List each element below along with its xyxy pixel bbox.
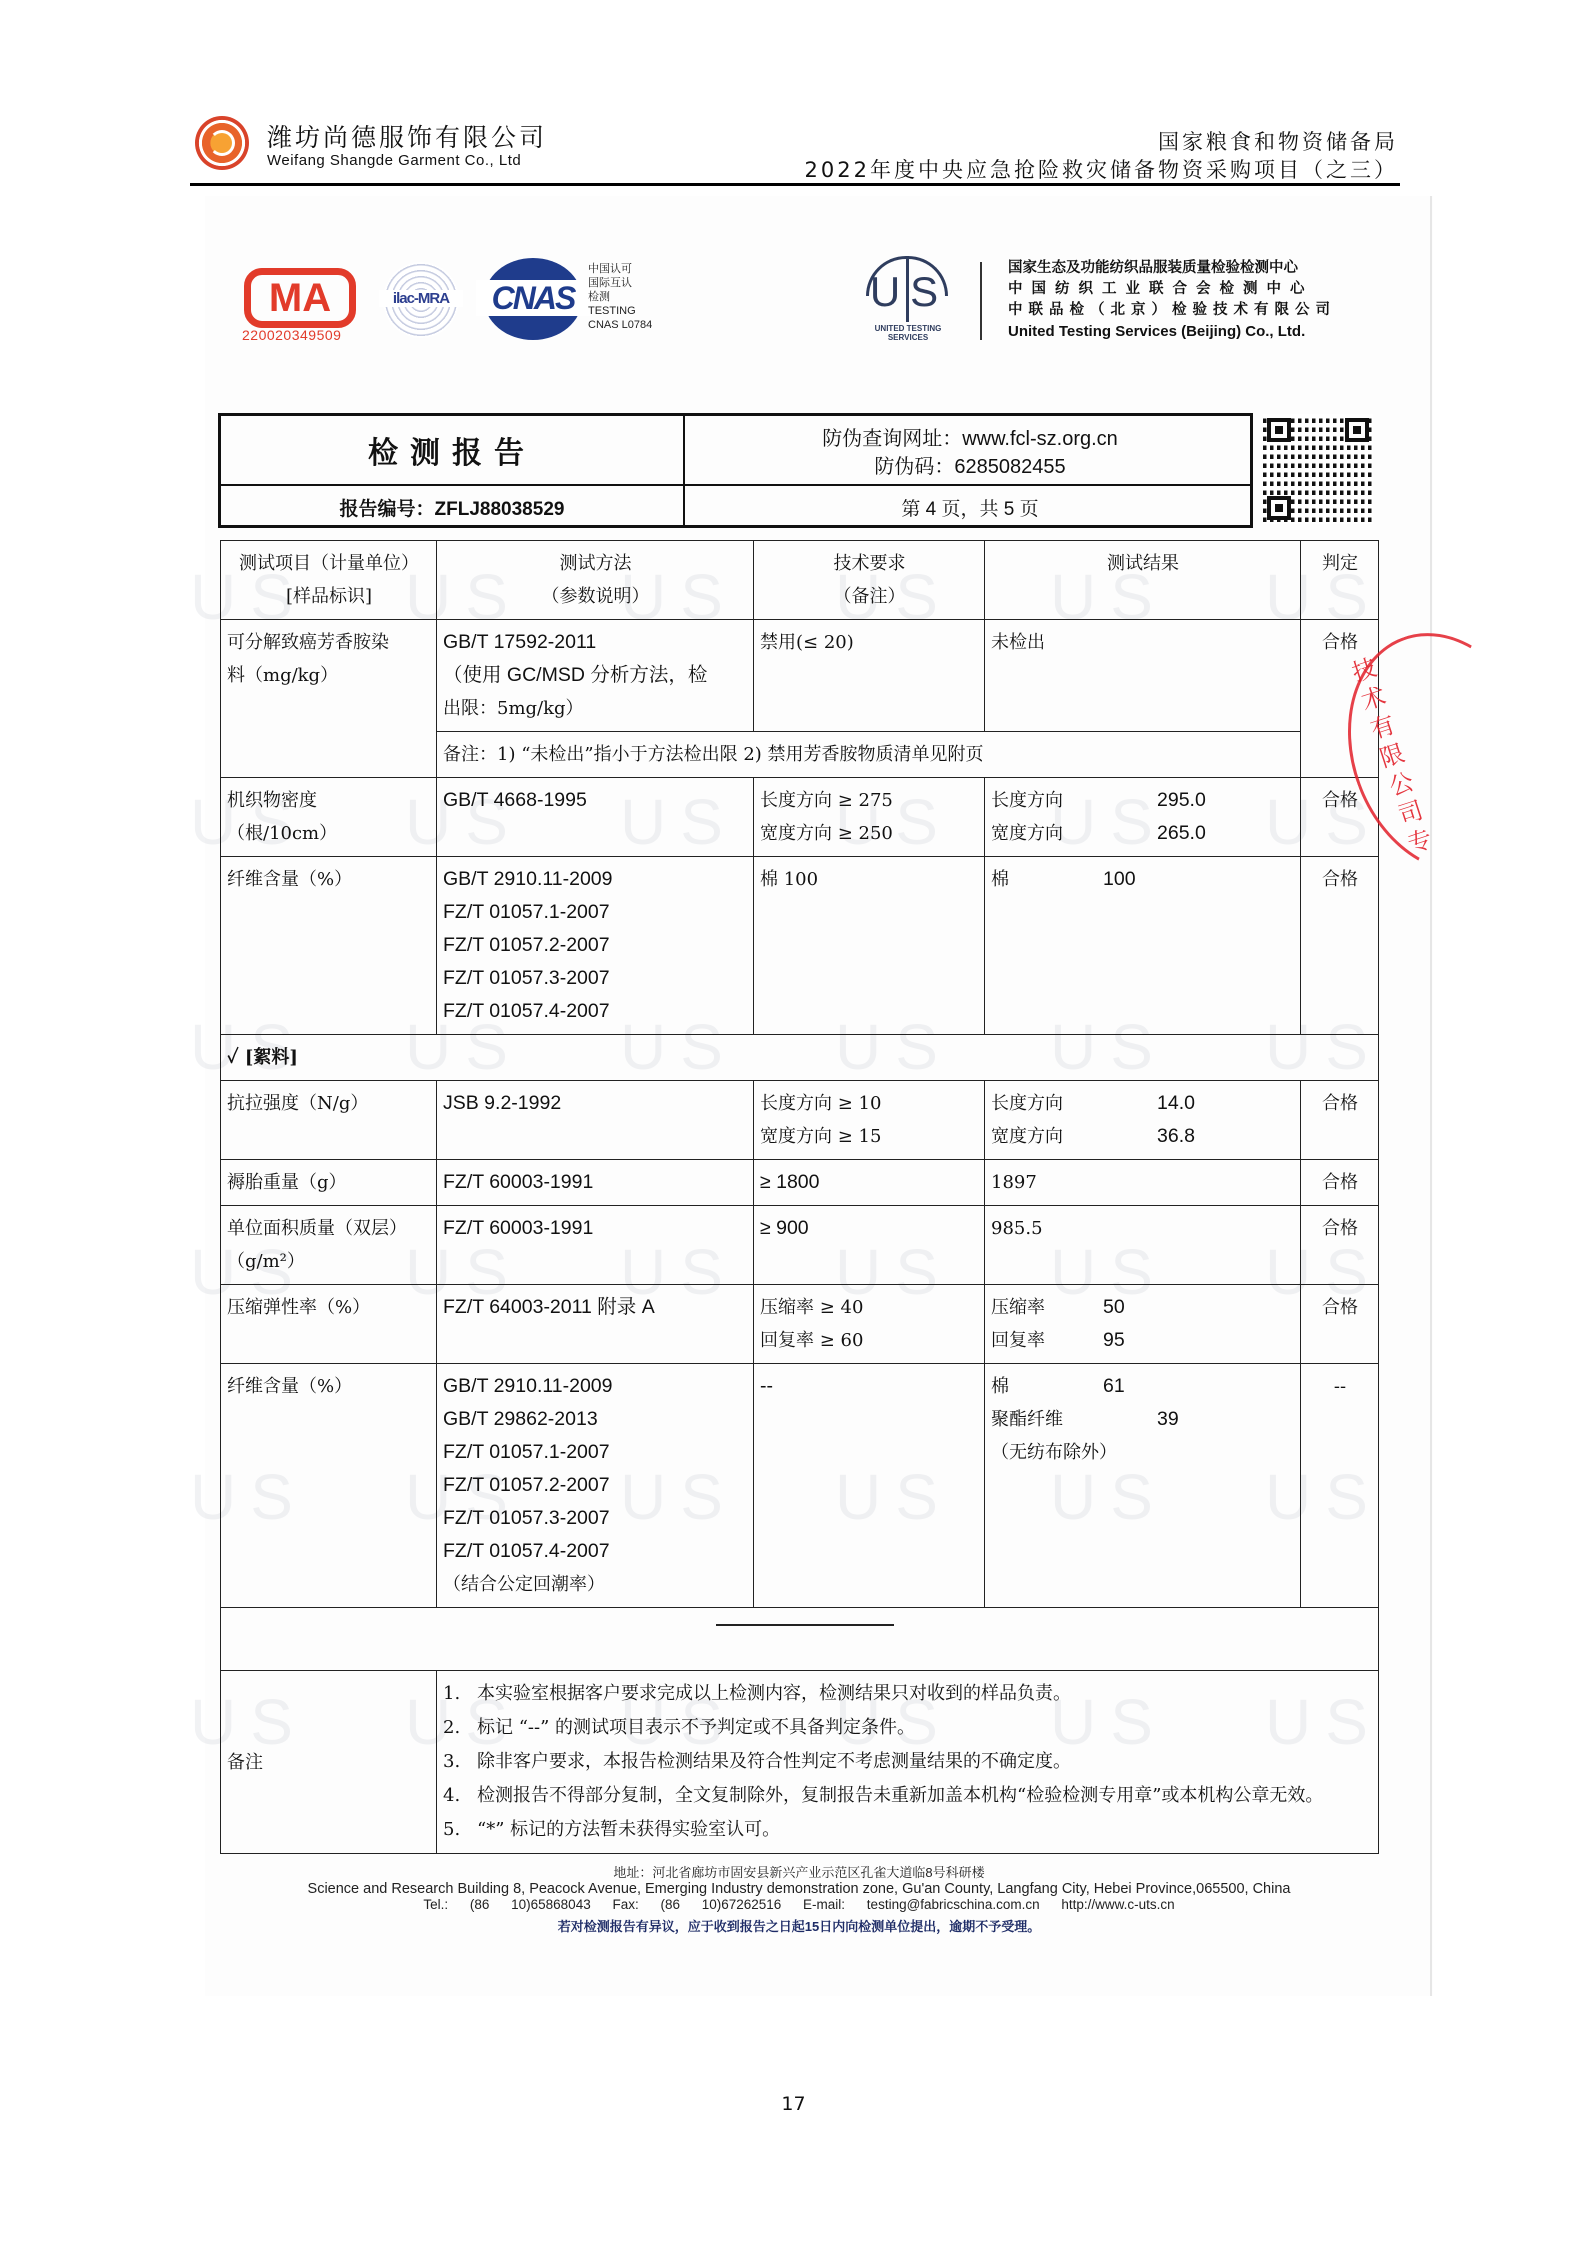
table-row: 单位面积质量（双层）（g/m²）FZ/T 60003-1991≥ 900985.…	[221, 1206, 1379, 1285]
cell-requirement: ≥ 1800	[754, 1160, 985, 1206]
result-value: 265.0	[1157, 817, 1206, 850]
table-row: 可分解致癌芳香胺染料（mg/kg）GB/T 17592-2011（使用 GC/M…	[221, 620, 1379, 732]
cell-method: FZ/T 60003-1991	[437, 1160, 754, 1206]
table-row: 纤维含量（%）GB/T 2910.11-2009GB/T 29862-2013F…	[221, 1364, 1379, 1608]
note-number: 4.	[443, 1779, 477, 1813]
cell-verdict: --	[1301, 1364, 1379, 1608]
cell-method: GB/T 17592-2011（使用 GC/MSD 分析方法，检出限：5mg/k…	[437, 620, 754, 732]
result-key: 棉	[991, 863, 1103, 896]
header-requirement: 技术要求（备注）	[754, 541, 985, 620]
cell-item: 单位面积质量（双层）（g/m²）	[221, 1206, 437, 1285]
cell-method: GB/T 2910.11-2009FZ/T 01057.1-2007FZ/T 0…	[437, 857, 754, 1035]
method-line: FZ/T 01057.2-2007	[443, 929, 748, 962]
method-line: FZ/T 01057.4-2007	[443, 1535, 748, 1568]
item-line: （根/10cm）	[227, 817, 431, 850]
lab-name-line-4: United Testing Services (Beijing) Co., L…	[1008, 321, 1336, 342]
note-number: 1.	[443, 1677, 477, 1711]
method-line: （结合公定回潮率）	[443, 1568, 748, 1601]
item-line: 纤维含量（%）	[227, 1370, 431, 1403]
cell-result: 棉100	[985, 857, 1301, 1035]
cnas-accreditation-text: 中国认可 国际互认 检测 TESTING CNAS L0784	[588, 262, 652, 332]
result-value: 39	[1157, 1403, 1179, 1436]
report-title: 检测报告	[221, 428, 683, 472]
header-item: 测试项目（计量单位）[样品标识]	[221, 541, 437, 620]
cell-requirement: 棉 100	[754, 857, 985, 1035]
cma-number: 220020349509	[242, 327, 341, 343]
method-line: FZ/T 01057.4-2007	[443, 995, 748, 1028]
item-line: 压缩弹性率（%）	[227, 1291, 431, 1324]
requirement-line: 长度方向 ≥ 275	[760, 784, 979, 817]
verification-code: 防伪码：6285082455	[685, 450, 1255, 479]
notes-label: 备注	[221, 1671, 437, 1854]
method-line: GB/T 17592-2011	[443, 626, 748, 659]
cell-requirement: ≥ 900	[754, 1206, 985, 1285]
result-value: 95	[1103, 1324, 1125, 1357]
company-header: 潍坊尚德服饰有限公司 Weifang Shangde Garment Co., …	[195, 112, 1398, 182]
cell-method: FZ/T 60003-1991	[437, 1206, 754, 1285]
cell-result: 压缩率50回复率95	[985, 1285, 1301, 1364]
result-pair: 长度方向295.0	[991, 784, 1295, 817]
result-pair: 压缩率50	[991, 1291, 1295, 1324]
table-row: 机织物密度（根/10cm）GB/T 4668-1995长度方向 ≥ 275宽度方…	[221, 778, 1379, 857]
header-verdict: 判定	[1301, 541, 1379, 620]
result-key: 1897	[991, 1166, 1157, 1199]
cell-result: 长度方向14.0宽度方向36.8	[985, 1081, 1301, 1160]
header-method: 测试方法（参数说明）	[437, 541, 754, 620]
page-indicator: 第 4 页，共 5 页	[685, 494, 1255, 521]
section-label: ✓ [絮料]	[221, 1035, 1379, 1081]
cell-result: 未检出	[985, 620, 1301, 732]
header-result: 测试结果	[985, 541, 1301, 620]
item-line: 料（mg/kg）	[227, 659, 431, 692]
item-line: 单位面积质量（双层）	[227, 1212, 431, 1245]
lab-name-line-1: 国家生态及功能纺织品服装质量检验检测中心	[1008, 258, 1336, 279]
cell-item: 压缩弹性率（%）	[221, 1285, 437, 1364]
requirement-line: 压缩率 ≥ 40	[760, 1291, 979, 1324]
requirement-line: 宽度方向 ≥ 250	[760, 817, 979, 850]
ilac-mra-logo-icon: ilac-MRA	[383, 262, 459, 338]
end-of-table-line	[716, 1624, 894, 1626]
method-line: JSB 9.2-1992	[443, 1087, 748, 1120]
result-value: 14.0	[1157, 1087, 1195, 1120]
blank-row	[221, 1608, 1379, 1671]
item-line: 纤维含量（%）	[227, 863, 431, 896]
result-key: 压缩率	[991, 1291, 1103, 1324]
result-text: 未检出	[991, 626, 1295, 659]
result-pair: 聚酯纤维39	[991, 1403, 1295, 1436]
requirement-line: 回复率 ≥ 60	[760, 1324, 979, 1357]
blank-cell	[221, 1608, 1379, 1671]
notes-row: 备注1.本实验室根据客户要求完成以上检测内容，检测结果只对收到的样品负责。2.标…	[221, 1671, 1379, 1854]
method-line: FZ/T 60003-1991	[443, 1166, 748, 1199]
qr-code-icon	[1263, 414, 1373, 524]
cell-item: 抗拉强度（N/g）	[221, 1081, 437, 1160]
result-key: 棉	[991, 1370, 1103, 1403]
result-pair: 回复率95	[991, 1324, 1295, 1357]
cell-method: GB/T 2910.11-2009GB/T 29862-2013FZ/T 010…	[437, 1364, 754, 1608]
result-key: 宽度方向	[991, 817, 1157, 850]
result-pair: 宽度方向265.0	[991, 817, 1295, 850]
lab-name: 国家生态及功能纺织品服装质量检验检测中心 中国纺织工业联合会检测中心 中联品检（…	[1008, 258, 1336, 342]
cell-item: 褥胎重量（g）	[221, 1160, 437, 1206]
method-line: FZ/T 01057.3-2007	[443, 962, 748, 995]
note-number: 5.	[443, 1813, 477, 1847]
cell-result: 985.5	[985, 1206, 1301, 1285]
report-number: 报告编号：ZFLJ88038529	[221, 494, 683, 521]
method-line: 出限：5mg/kg）	[443, 692, 748, 725]
cell-verdict: 合格	[1301, 1081, 1379, 1160]
result-key: 985.5	[991, 1212, 1157, 1245]
page-number: 17	[0, 2093, 1587, 2115]
note-number: 3.	[443, 1745, 477, 1779]
requirement-line: --	[760, 1370, 979, 1403]
method-line: FZ/T 64003-2011 附录 A	[443, 1291, 748, 1324]
shangde-logo-icon	[195, 116, 249, 170]
method-line: （使用 GC/MSD 分析方法，检	[443, 659, 748, 692]
cell-verdict: 合格	[1301, 1206, 1379, 1285]
cell-result: 长度方向295.0宽度方向265.0	[985, 778, 1301, 857]
cell-item: 可分解致癌芳香胺染料（mg/kg）	[221, 620, 437, 778]
cell-method: JSB 9.2-1992	[437, 1081, 754, 1160]
scan-edge	[1430, 196, 1432, 1996]
table-row: 纤维含量（%）GB/T 2910.11-2009FZ/T 01057.1-200…	[221, 857, 1379, 1035]
note-item: 4.检测报告不得部分复制，全文复制除外，复制报告未重新加盖本机构“检验检测专用章…	[443, 1779, 1373, 1813]
result-value: 36.8	[1157, 1120, 1195, 1153]
cell-requirement: 长度方向 ≥ 10宽度方向 ≥ 15	[754, 1081, 985, 1160]
cell-verdict: 合格	[1301, 857, 1379, 1035]
method-line: GB/T 29862-2013	[443, 1403, 748, 1436]
company-name-en: Weifang Shangde Garment Co., Ltd	[267, 152, 521, 169]
result-key: （无纺布除外）	[991, 1436, 1157, 1469]
cell-verdict: 合格	[1301, 1285, 1379, 1364]
note-number: 2.	[443, 1711, 477, 1745]
result-value: 100	[1103, 863, 1136, 896]
method-line: FZ/T 01057.1-2007	[443, 896, 748, 929]
note-item: 3.除非客户要求，本报告检测结果及符合性判定不考虑测量结果的不确定度。	[443, 1745, 1373, 1779]
lab-name-line-3: 中联品检（北京）检验技术有限公司	[1008, 300, 1336, 321]
result-pair: 棉61	[991, 1370, 1295, 1403]
item-line: 褥胎重量（g）	[227, 1166, 431, 1199]
cell-item: 纤维含量（%）	[221, 857, 437, 1035]
item-line: 机织物密度	[227, 784, 431, 817]
company-name-cn: 潍坊尚德服饰有限公司	[267, 118, 547, 154]
cell-result: 1897	[985, 1160, 1301, 1206]
result-value: 50	[1103, 1291, 1125, 1324]
table-row: 抗拉强度（N/g）JSB 9.2-1992长度方向 ≥ 10宽度方向 ≥ 15长…	[221, 1081, 1379, 1160]
cma-logo-icon: MA	[244, 268, 356, 328]
lab-name-line-2: 中国纺织工业联合会检测中心	[1008, 279, 1336, 300]
cell-requirement: 压缩率 ≥ 40回复率 ≥ 60	[754, 1285, 985, 1364]
result-value: 61	[1103, 1370, 1125, 1403]
method-line: FZ/T 01057.2-2007	[443, 1469, 748, 1502]
method-line: GB/T 4668-1995	[443, 784, 748, 817]
results-table: 测试项目（计量单位）[样品标识] 测试方法（参数说明） 技术要求（备注） 测试结…	[220, 540, 1379, 1854]
dispute-notice: 若对检测报告有异议，应于收到报告之日起15日内向检测单位提出，逾期不予受理。	[220, 1916, 1378, 1935]
uts-logo-icon: US UNITED TESTING SERVICES	[860, 250, 956, 350]
table-row: 褥胎重量（g）FZ/T 60003-1991≥ 18001897合格	[221, 1160, 1379, 1206]
table-row: 压缩弹性率（%）FZ/T 64003-2011 附录 A压缩率 ≥ 40回复率 …	[221, 1285, 1379, 1364]
address-en: Science and Research Building 8, Peacock…	[220, 1881, 1378, 1897]
cell-note: 备注：1) “未检出”指小于方法检出限 2) 禁用芳香胺物质清单见附页	[437, 732, 1301, 778]
method-line: FZ/T 60003-1991	[443, 1212, 748, 1245]
requirement-line: ≥ 900	[760, 1212, 979, 1245]
requirement-line: 棉 100	[760, 863, 979, 896]
method-line: GB/T 2910.11-2009	[443, 863, 748, 896]
result-value: 295.0	[1157, 784, 1206, 817]
verification-url: 防伪查询网址：www.fcl-sz.org.cn	[685, 422, 1255, 451]
cell-method: GB/T 4668-1995	[437, 778, 754, 857]
result-key: 聚酯纤维	[991, 1403, 1157, 1436]
method-line: FZ/T 01057.1-2007	[443, 1436, 748, 1469]
result-pair: 985.5	[991, 1212, 1295, 1245]
contact-info: Tel.: (86 10)65868043 Fax: (86 10)672625…	[220, 1897, 1378, 1912]
note-item: 5.“*” 标记的方法暂未获得实验室认可。	[443, 1813, 1373, 1847]
header-divider	[190, 183, 1400, 186]
lab-footer: 地址：河北省廊坊市固安县新兴产业示范区孔雀大道临8号科研楼 Science an…	[220, 1862, 1378, 1935]
item-line: 抗拉强度（N/g）	[227, 1087, 431, 1120]
logo-divider	[980, 262, 982, 340]
cnas-logo-icon: CNAS	[484, 258, 582, 340]
result-key: 宽度方向	[991, 1120, 1157, 1153]
result-pair: 宽度方向36.8	[991, 1120, 1295, 1153]
result-pair: 棉100	[991, 863, 1295, 896]
method-line: FZ/T 01057.3-2007	[443, 1502, 748, 1535]
section-row: ✓ [絮料]	[221, 1035, 1379, 1081]
report-title-box: 检测报告 防伪查询网址：www.fcl-sz.org.cn 防伪码：628508…	[218, 413, 1253, 528]
address-cn: 地址：河北省廊坊市固安县新兴产业示范区孔雀大道临8号科研楼	[220, 1862, 1378, 1881]
cell-item: 纤维含量（%）	[221, 1364, 437, 1608]
cell-verdict: 合格	[1301, 1160, 1379, 1206]
cell-requirement: 禁用(≤ 20)	[754, 620, 985, 732]
table-header-row: 测试项目（计量单位）[样品标识] 测试方法（参数说明） 技术要求（备注） 测试结…	[221, 541, 1379, 620]
result-pair: （无纺布除外）	[991, 1436, 1295, 1469]
result-key: 长度方向	[991, 784, 1157, 817]
notes-list: 1.本实验室根据客户要求完成以上检测内容，检测结果只对收到的样品负责。2.标记 …	[437, 1671, 1379, 1854]
note-item: 1.本实验室根据客户要求完成以上检测内容，检测结果只对收到的样品负责。	[443, 1677, 1373, 1711]
agency-name: 国家粮食和物资储备局	[1158, 126, 1398, 156]
cell-requirement: 长度方向 ≥ 275宽度方向 ≥ 250	[754, 778, 985, 857]
requirement-line: 长度方向 ≥ 10	[760, 1087, 979, 1120]
cell-result: 棉61聚酯纤维39（无纺布除外）	[985, 1364, 1301, 1608]
item-line: 可分解致癌芳香胺染	[227, 626, 431, 659]
result-key: 长度方向	[991, 1087, 1157, 1120]
requirement-line: ≥ 1800	[760, 1166, 979, 1199]
requirement-line: 宽度方向 ≥ 15	[760, 1120, 979, 1153]
result-key: 回复率	[991, 1324, 1103, 1357]
item-line: （g/m²）	[227, 1245, 431, 1278]
project-name: 2022年度中央应急抢险救灾储备物资采购项目（之三）	[805, 154, 1398, 184]
result-pair: 长度方向14.0	[991, 1087, 1295, 1120]
note-item: 2.标记 “--” 的测试项目表示不予判定或不具备判定条件。	[443, 1711, 1373, 1745]
result-pair: 1897	[991, 1166, 1295, 1199]
method-line: GB/T 2910.11-2009	[443, 1370, 748, 1403]
requirement-line: 禁用(≤ 20)	[760, 626, 979, 659]
cell-requirement: --	[754, 1364, 985, 1608]
cell-item: 机织物密度（根/10cm）	[221, 778, 437, 857]
cell-method: FZ/T 64003-2011 附录 A	[437, 1285, 754, 1364]
